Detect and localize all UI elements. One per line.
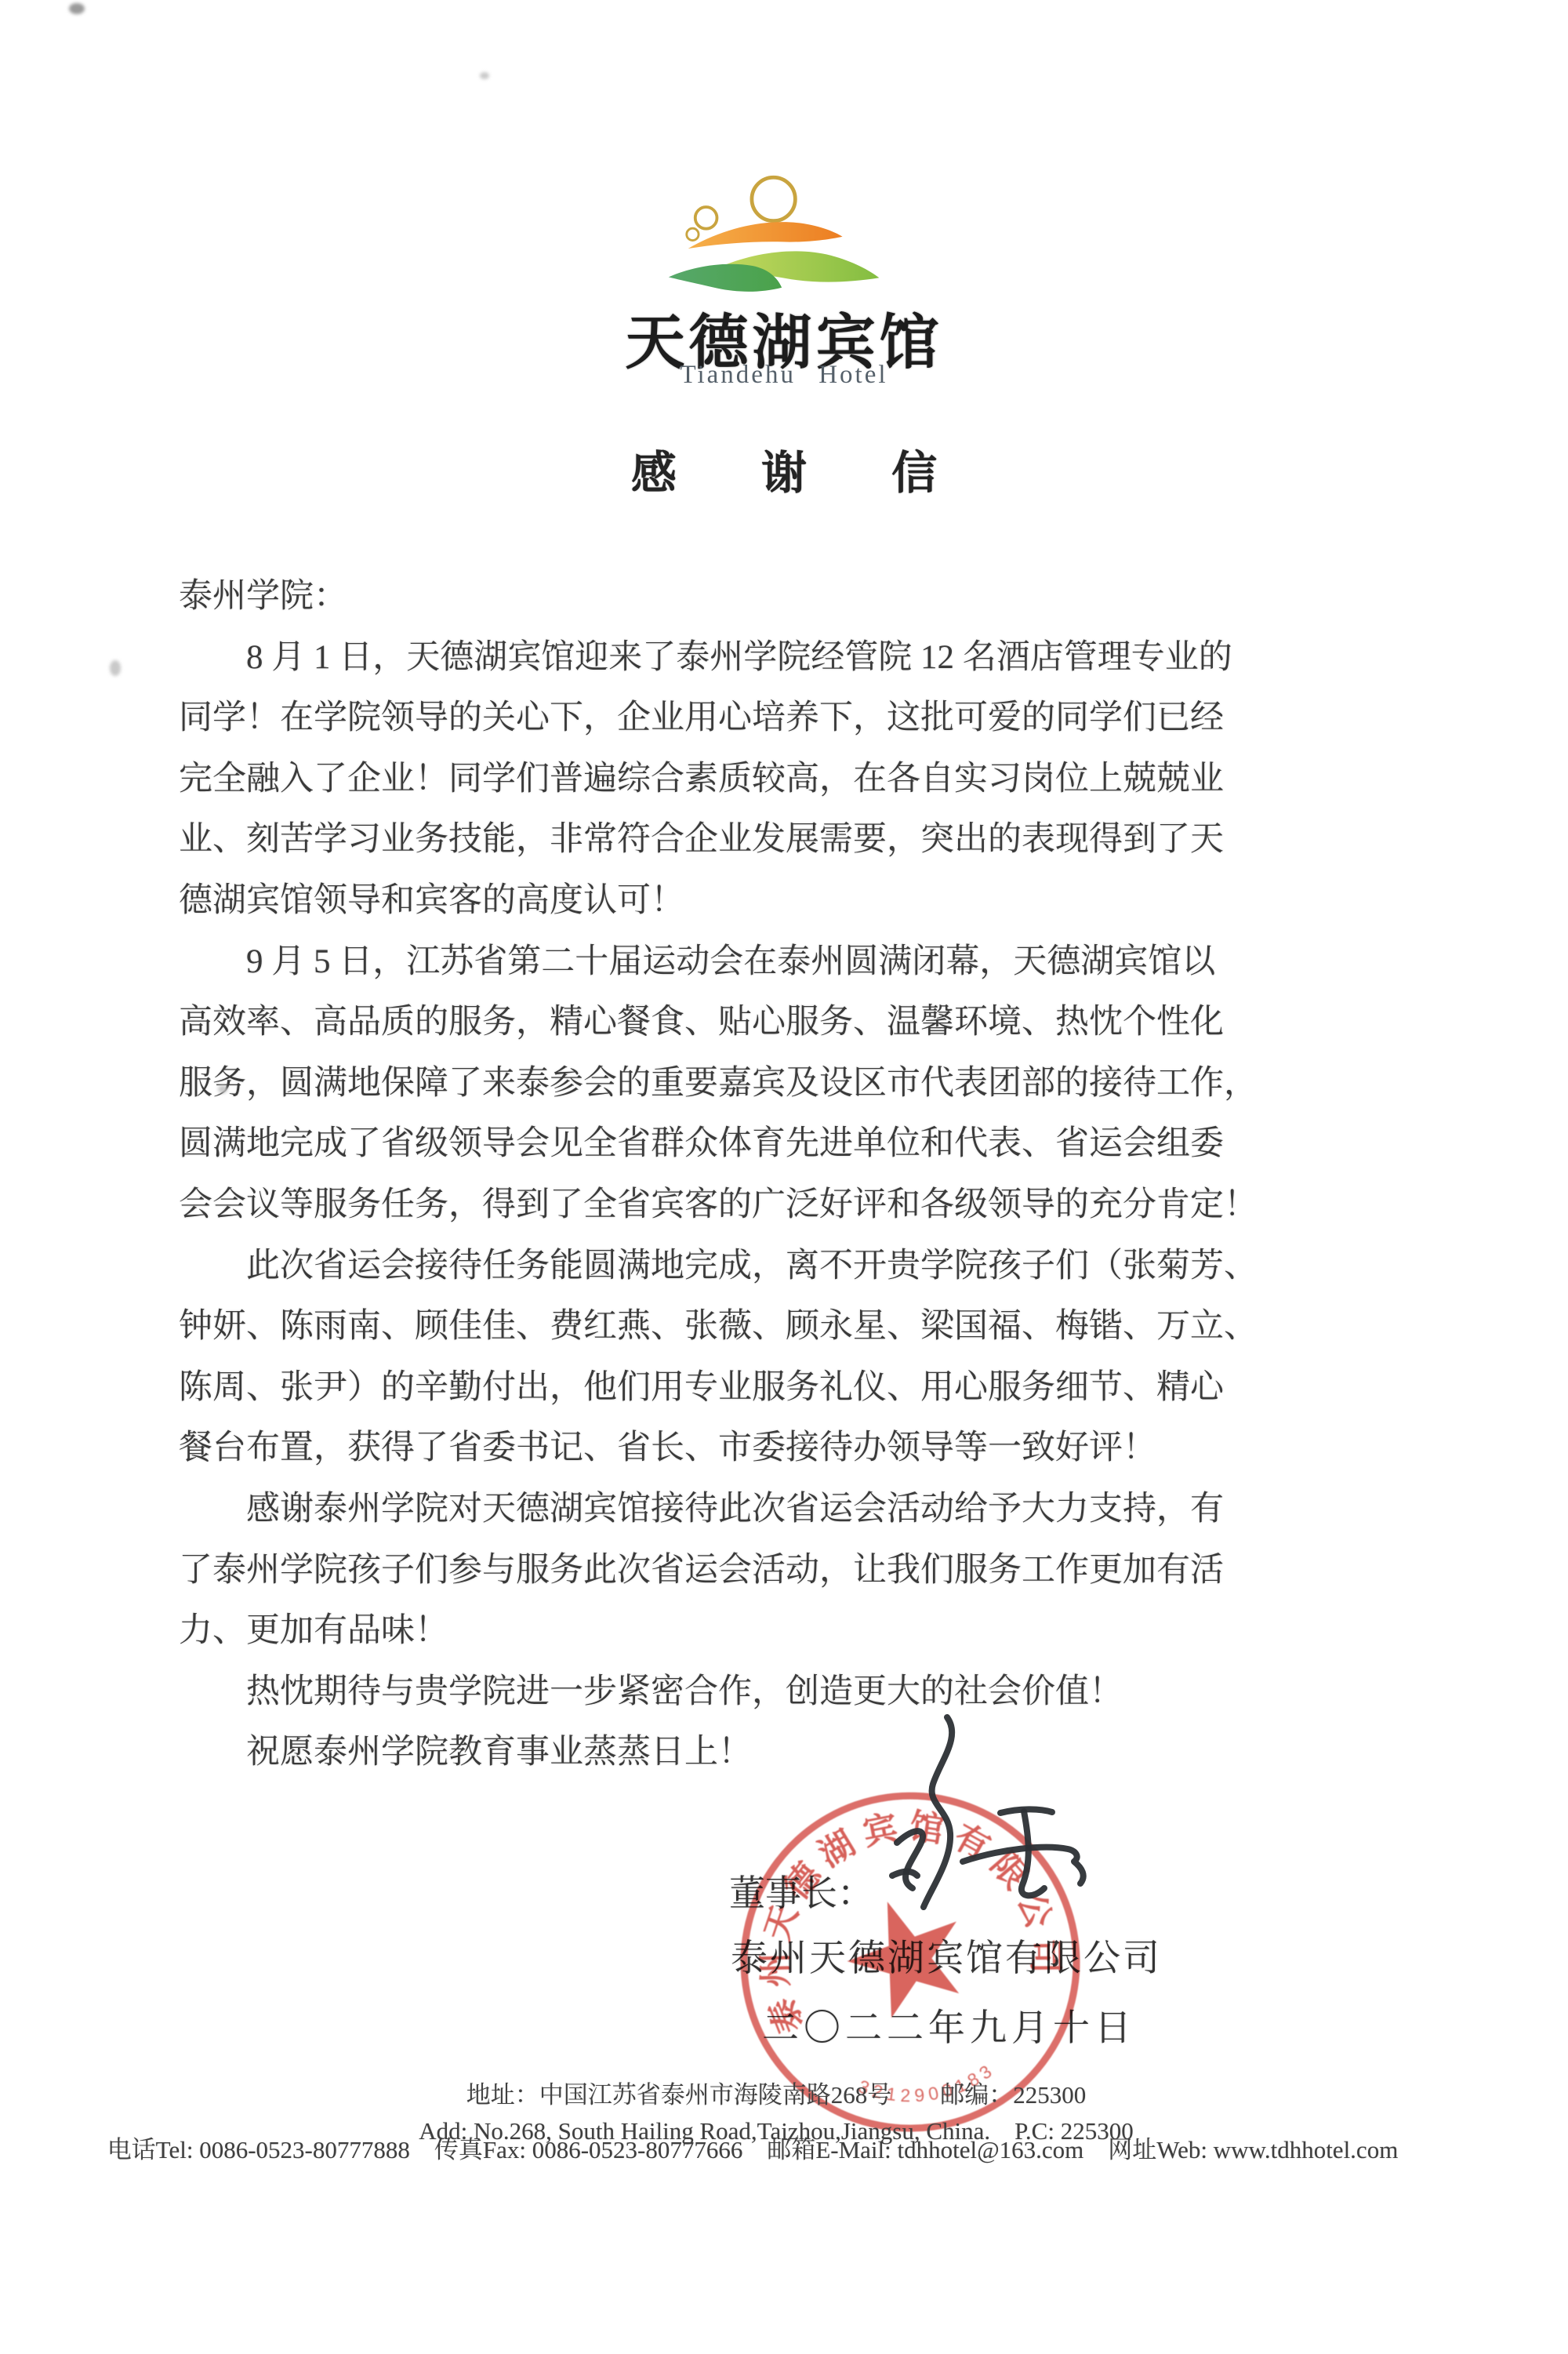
body-line: 同学！在学院领导的关心下，企业用心培养下，这批可爱的同学们已经 (179, 688, 1449, 749)
scan-speck (69, 3, 85, 14)
body-line: 了泰州学院孩子们参与服务此次省运会活动，让我们服务工作更加有活 (179, 1540, 1449, 1601)
body-line: 陈周、张尹）的辛勤付出，他们用专业服务礼仪、用心服务细节、精心 (179, 1357, 1449, 1419)
body-line: 9 月 5 日，江苏省第二十届运动会在泰州圆满闭幕，天德湖宾馆以 (179, 932, 1449, 993)
logo-bubble-large (752, 177, 795, 220)
letter-body: 泰州学院： 8 月 1 日，天德湖宾馆迎来了泰州学院经管院 12 名酒店管理专业… (179, 566, 1449, 1783)
salutation: 泰州学院： (179, 566, 1449, 627)
body-line: 完全融入了企业！同学们普遍综合素质较高，在各自实习岗位上兢兢业 (179, 749, 1449, 810)
body-line: 力、更加有品味！ (179, 1600, 1449, 1662)
scan-speck (110, 660, 121, 676)
logo-brand-english: Tiandehu Hotel (0, 361, 1568, 390)
body-line: 热忱期待与贵学院进一步紧密合作，创造更大的社会价值！ (179, 1662, 1449, 1723)
scan-speck (218, 1085, 227, 1093)
footer-contacts: 电话Tel: 0086-0523-80777888 传真Fax: 0086-05… (0, 2130, 1505, 2165)
body-line: 业、刻苦学习业务技能，非常符合企业发展需要，突出的表现得到了天 (179, 809, 1449, 870)
hotel-logo-icon (604, 165, 964, 300)
body-line: 此次省运会接待任务能圆满地完成，离不开贵学院孩子们（张菊芳、 (179, 1236, 1449, 1297)
body-line: 会会议等服务任务，得到了全省宾客的广泛好评和各级领导的充分肯定！ (179, 1175, 1449, 1236)
body-line: 钟妍、陈雨南、顾佳佳、费红燕、张薇、顾永星、梁国福、梅锴、万立、 (179, 1296, 1449, 1357)
body-line: 感谢泰州学院对天德湖宾馆接待此次省运会活动给予大力支持，有 (179, 1479, 1449, 1540)
chairman-signature (847, 1694, 1113, 1929)
scan-speck (480, 72, 489, 79)
logo-bubble-small (687, 228, 699, 240)
footer-address-cn: 地址：中国江苏省泰州市海陵南路268号 邮编：225300 (0, 2075, 1552, 2110)
logo-bubble-medium (695, 207, 717, 229)
body-line: 圆满地完成了省级领导会见全省群众体育先进单位和代表、省运会组委 (179, 1113, 1449, 1175)
letter-page: 天德湖宾馆 Tiandehu Hotel 感 谢 信 泰州学院： 8 月 1 日… (0, 0, 1568, 2354)
body-line: 祝愿泰州学院教育事业蒸蒸日上！ (179, 1722, 1449, 1783)
body-line: 高效率、高品质的服务，精心餐食、贴心服务、温馨环境、热忱个性化 (179, 992, 1449, 1053)
body-line: 餐台布置，获得了省委书记、省长、市委接待办领导等一致好评！ (179, 1418, 1449, 1479)
body-line: 8 月 1 日，天德湖宾馆迎来了泰州学院经管院 12 名酒店管理专业的 (179, 627, 1449, 688)
body-line: 德湖宾馆领导和宾客的高度认可！ (179, 870, 1449, 932)
body-line: 服务，圆满地保障了来泰参会的重要嘉宾及设区市代表团部的接待工作， (179, 1053, 1449, 1114)
letter-title: 感 谢 信 (0, 436, 1568, 502)
